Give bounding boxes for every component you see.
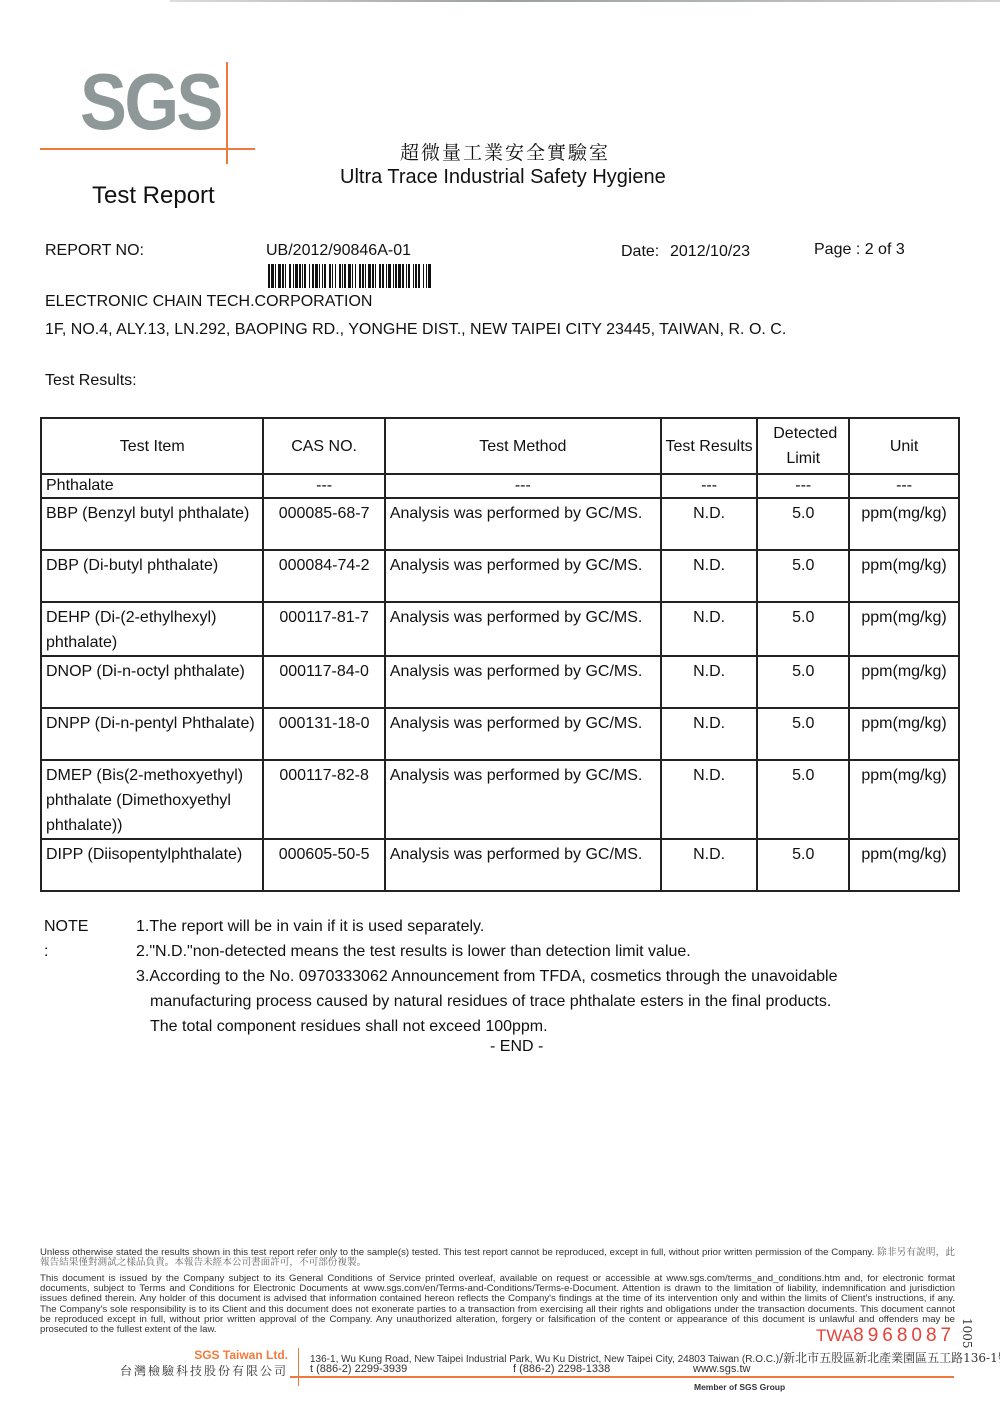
cas-no-cell: 000131-18-0 (263, 708, 384, 760)
test-method-cell: Analysis was performed by GC/MS. (385, 839, 661, 891)
note-label: NOTE : (44, 914, 88, 964)
report-barcode (268, 264, 712, 288)
detected-limit-label: Detected Limit (773, 421, 833, 471)
client-address: 1F, NO.4, ALY.13, LN.292, BAOPING RD., Y… (45, 321, 786, 339)
cas-no-cell: 000117-81-7 (263, 602, 384, 656)
detected-limit-cell: 5.0 (757, 498, 849, 550)
unit-cell: ppm(mg/kg) (849, 656, 959, 708)
lab-name-english: Ultra Trace Industrial Safety Hygiene (340, 166, 666, 189)
table-row: DBP (Di-butyl phthalate)000084-74-2Analy… (41, 550, 959, 602)
cas-no-cell: 000117-82-8 (263, 760, 384, 839)
unit-cell: ppm(mg/kg) (849, 708, 959, 760)
note-item-1: 1.The report will be in vain if it is us… (136, 914, 896, 939)
company-phone: t (886-2) 2299-3939 (310, 1363, 407, 1375)
company-name-zh: 台灣檢驗科技股份有限公司 (110, 1362, 288, 1379)
note-item-3: 3.According to the No. 0970333062 Announ… (136, 964, 896, 989)
note-list: 1.The report will be in vain if it is us… (136, 914, 896, 1039)
company-address-zh: /新北市五股區新北產業園區五工路136-1號 (779, 1351, 1000, 1365)
cas-no-cell: 000117-84-0 (263, 656, 384, 708)
unit-cell: ppm(mg/kg) (849, 498, 959, 550)
side-page-number: 1005 (960, 1318, 974, 1349)
page-indicator: Page : 2 of 3 (814, 241, 905, 259)
end-marker: - END - (490, 1038, 543, 1056)
category-result: --- (661, 474, 758, 498)
table-header-row: Test Item CAS NO. Test Method Test Resul… (41, 418, 959, 474)
test-method-cell: Analysis was performed by GC/MS. (385, 760, 661, 839)
note-item-3-cont-1: manufacturing process caused by natural … (136, 989, 896, 1014)
serial-prefix: TWA (816, 1326, 853, 1345)
cas-no-cell: 000605-50-5 (263, 839, 384, 891)
disclaimer-results: Unless otherwise stated the results show… (40, 1248, 955, 1268)
report-no-value: UB/2012/90846A-01 (266, 242, 411, 260)
table-row-category: Phthalate --- --- --- --- --- (41, 474, 959, 498)
test-result-cell: N.D. (661, 550, 758, 602)
table-row: DEHP (Di-(2-ethylhexyl) phthalate)000117… (41, 602, 959, 656)
detected-limit-cell: 5.0 (757, 760, 849, 839)
test-item-cell: DMEP (Bis(2-methoxyethyl) phthalate (Dim… (41, 760, 263, 839)
test-result-cell: N.D. (661, 708, 758, 760)
test-item-cell: DEHP (Di-(2-ethylhexyl) phthalate) (41, 602, 263, 656)
note-item-3-cont-2: The total component residues shall not e… (136, 1014, 896, 1039)
category-cas: --- (263, 474, 384, 498)
detected-limit-cell: 5.0 (757, 550, 849, 602)
test-item-cell: DIPP (Diisopentylphthalate) (41, 839, 263, 891)
lab-name-chinese: 超微量工業安全實驗室 (400, 138, 610, 165)
table-row: DMEP (Bis(2-methoxyethyl) phthalate (Dim… (41, 760, 959, 839)
detected-limit-cell: 5.0 (757, 708, 849, 760)
col-header-test-method: Test Method (385, 418, 661, 474)
col-header-test-results: Test Results (661, 418, 758, 474)
test-item-cell: DBP (Di-butyl phthalate) (41, 550, 263, 602)
test-method-cell: Analysis was performed by GC/MS. (385, 708, 661, 760)
category-unit: --- (849, 474, 959, 498)
test-results-table: Test Item CAS NO. Test Method Test Resul… (40, 417, 960, 892)
unit-cell: ppm(mg/kg) (849, 839, 959, 891)
test-item-cell: DNOP (Di-n-octyl phthalate) (41, 656, 263, 708)
test-item-cell: DNPP (Di-n-pentyl Phthalate) (41, 708, 263, 760)
category-name: Phthalate (41, 474, 263, 498)
test-method-cell: Analysis was performed by GC/MS. (385, 656, 661, 708)
test-result-cell: N.D. (661, 602, 758, 656)
company-name-en: SGS Taiwan Ltd. (155, 1348, 288, 1362)
sgs-logo: SGS (80, 62, 221, 142)
col-header-cas-no: CAS NO. (263, 418, 384, 474)
col-header-unit: Unit (849, 418, 959, 474)
test-result-cell: N.D. (661, 839, 758, 891)
test-result-cell: N.D. (661, 656, 758, 708)
document-type-title: Test Report (92, 182, 215, 210)
test-method-cell: Analysis was performed by GC/MS. (385, 550, 661, 602)
test-results-heading: Test Results: (45, 372, 137, 390)
serial-digits: 8968087 (853, 1325, 955, 1346)
test-item-cell: BBP (Benzyl butyl phthalate) (41, 498, 263, 550)
scan-edge-line (170, 0, 1000, 2)
company-fax: f (886-2) 2298-1338 (513, 1363, 610, 1375)
date-value: 2012/10/23 (670, 243, 750, 261)
serial-number: TWA8968087 (816, 1325, 955, 1347)
cas-no-cell: 000084-74-2 (263, 550, 384, 602)
cas-no-cell: 000085-68-7 (263, 498, 384, 550)
category-limit: --- (757, 474, 849, 498)
col-header-test-item: Test Item (41, 418, 263, 474)
category-method: --- (385, 474, 661, 498)
company-website[interactable]: www.sgs.tw (693, 1363, 750, 1375)
footer-orange-horizontal-line (290, 1376, 954, 1378)
note-item-2: 2."N.D."non-detected means the test resu… (136, 939, 896, 964)
detected-limit-cell: 5.0 (757, 656, 849, 708)
table-row: BBP (Benzyl butyl phthalate)000085-68-7A… (41, 498, 959, 550)
table-row: DNPP (Di-n-pentyl Phthalate)000131-18-0A… (41, 708, 959, 760)
report-no-label: REPORT NO: (45, 242, 144, 260)
date-label: Date: (621, 243, 659, 261)
table-row: DIPP (Diisopentylphthalate)000605-50-5An… (41, 839, 959, 891)
table-row: DNOP (Di-n-octyl phthalate)000117-84-0An… (41, 656, 959, 708)
member-of-sgs-group: Member of SGS Group (694, 1382, 785, 1392)
company-address: 136-1, Wu Kung Road, New Taipei Industri… (310, 1349, 1000, 1366)
client-name: ELECTRONIC CHAIN TECH.CORPORATION (45, 293, 372, 311)
test-method-cell: Analysis was performed by GC/MS. (385, 602, 661, 656)
unit-cell: ppm(mg/kg) (849, 602, 959, 656)
test-result-cell: N.D. (661, 498, 758, 550)
logo-orange-vertical-line (226, 62, 228, 164)
footer-orange-vertical-line (298, 1348, 299, 1386)
col-header-detected-limit: Detected Limit (757, 418, 849, 474)
test-result-cell: N.D. (661, 760, 758, 839)
detected-limit-cell: 5.0 (757, 839, 849, 891)
detected-limit-cell: 5.0 (757, 602, 849, 656)
unit-cell: ppm(mg/kg) (849, 760, 959, 839)
logo-orange-horizontal-line (40, 148, 255, 150)
test-method-cell: Analysis was performed by GC/MS. (385, 498, 661, 550)
unit-cell: ppm(mg/kg) (849, 550, 959, 602)
